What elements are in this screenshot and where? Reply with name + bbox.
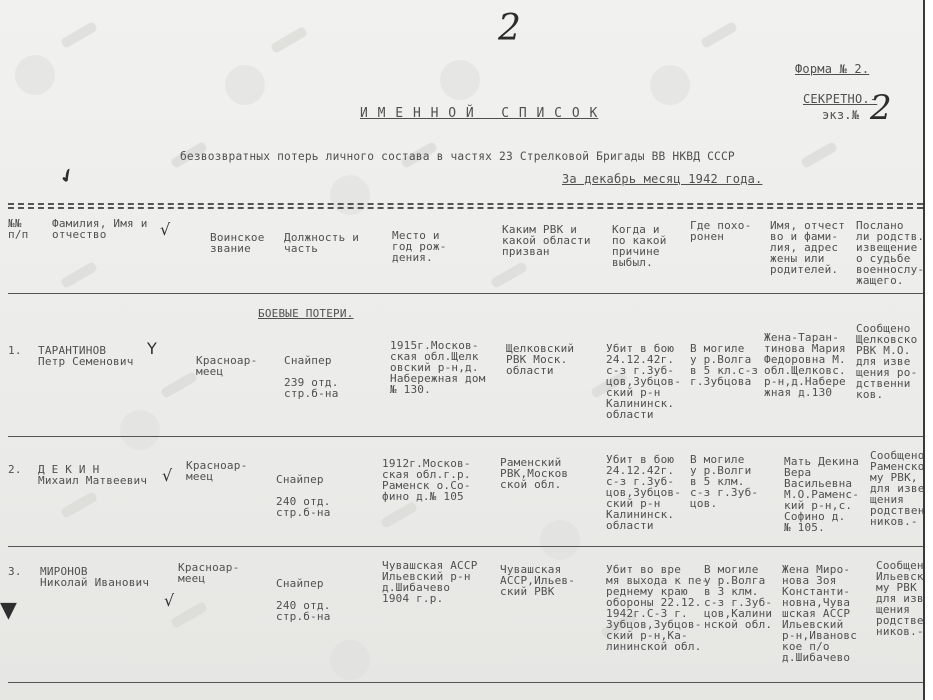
watermark: [160, 371, 198, 399]
column-header-buried: Где похо- ронен: [690, 220, 751, 242]
birth-info: Чувашская АССР Ильевский р-н д.Шибачево …: [382, 560, 478, 604]
watermark: [800, 141, 838, 169]
burial-place: В могиле у р.Волги в 5 клм. с-з г.Зуб- ц…: [690, 454, 758, 509]
column-header-relatives: Имя, отчест во и фами- лия, адрес жены и…: [770, 220, 845, 275]
divider: [8, 436, 923, 437]
watermark: [60, 491, 98, 519]
document-subtitle: безвозвратных потерь личного состава в ч…: [180, 151, 735, 162]
column-header-position: Должность и часть: [284, 232, 359, 254]
death-circumstances: Убит в бою 24.12.42г. с-з г.Зуб- цов,Зуб…: [606, 454, 681, 531]
watermark: [700, 21, 738, 49]
checkmark-icon: ✔: [56, 164, 80, 190]
column-header-notified: Послано ли родств. извещение о судьбе во…: [856, 220, 924, 286]
checkmark-icon: √: [162, 466, 172, 485]
watermark: [540, 520, 580, 560]
watermark: [440, 60, 480, 100]
conscription-rvk: Раменский РВК,Москов ской обл.: [500, 457, 568, 490]
soldier-rank: Красноар- меец: [196, 355, 257, 377]
checkmark-icon: √: [160, 220, 170, 239]
divider: [8, 682, 923, 683]
column-header-number: №№ п/п: [8, 218, 28, 240]
handwritten-copy-number: 2: [870, 88, 892, 128]
burial-place: В могиле у р.Волга в 3 клм. с-з г.Зуб- ц…: [704, 564, 772, 630]
page-edge: [923, 0, 933, 700]
soldier-position: Снайпер 239 отд. стр.б-на: [284, 355, 339, 399]
column-header-rank: Воинское звание: [210, 232, 265, 254]
watermark: [225, 65, 265, 105]
copy-label: экз.№: [822, 110, 859, 121]
watermark: [170, 601, 208, 629]
watermark: [650, 65, 690, 105]
relatives-info: Жена-Таран- тинова Мария Федоровна М. об…: [764, 332, 846, 398]
relatives-info: Мать Декина Вера Васильевна М.О.Раменс- …: [784, 456, 859, 533]
document-page: 2 Форма № 2. СЕКРЕТНО.- экз.№ 2 И М Е Н …: [0, 0, 925, 700]
handwritten-page-number: 2: [498, 8, 521, 49]
soldier-position: Снайпер 240 отд. стр.б-на: [276, 474, 331, 518]
soldier-name: МИРОНОВ Николай Иванович: [40, 566, 149, 588]
report-period: За декабрь месяц 1942 года.: [562, 174, 762, 185]
row-number: 3.: [8, 566, 22, 577]
row-number: 2.: [8, 464, 22, 475]
birth-info: 1915г.Москов- ская обл.Щелк овский р-н,д…: [390, 340, 486, 395]
soldier-name: Д Е К И Н Михаил Матвеевич: [38, 464, 147, 486]
column-header-when-why: Когда и по какой причине выбыл.: [612, 224, 667, 268]
divider: [8, 293, 923, 294]
row-number: 1.: [8, 345, 22, 356]
divider: [8, 546, 923, 547]
soldier-rank: Красноар- меец: [178, 562, 239, 584]
conscription-rvk: Чувашская АССР,Ильев- ский РВК: [500, 564, 575, 597]
watermark: [60, 21, 98, 49]
notification-status: Сообщено Раменско му РВК, для изве щения…: [870, 450, 925, 527]
document-title: И М Е Н Н О Й С П И С О К: [360, 108, 598, 119]
death-circumstances: Убит во вре мя выхода к пе- реднему краю…: [606, 564, 708, 652]
conscription-rvk: Щелковский РВК Моск. области: [506, 343, 574, 376]
watermark: [490, 261, 528, 289]
watermark: [15, 55, 55, 95]
relatives-info: Жена Миро- нова Зоя Константи- новна,Чув…: [782, 564, 857, 663]
checkmark-icon: Y: [147, 339, 157, 358]
column-header-rvk: Каким РВК и какой области призван: [502, 224, 591, 257]
form-number-label: Форма № 2.: [795, 64, 869, 75]
soldier-position: Снайпер 240 отд. стр.б-на: [276, 578, 331, 622]
watermark: [270, 26, 308, 54]
soldier-name: ТАРАНТИНОВ Петр Семенович: [38, 345, 134, 367]
birth-info: 1912г.Москов- ская обл.г.р. Раменск о.Со…: [382, 458, 471, 502]
secret-label: СЕКРЕТНО.-: [803, 94, 877, 105]
section-label: БОЕВЫЕ ПОТЕРИ.: [258, 308, 354, 319]
divider: [8, 207, 923, 209]
watermark: [330, 175, 370, 215]
watermark: [330, 640, 370, 680]
burial-place: В могиле у р.Волга в 5 кл.с-з г.Зубцова: [690, 343, 758, 387]
soldier-rank: Красноар- меец: [186, 460, 247, 482]
column-header-name: Фамилия, Имя и отчество: [52, 218, 148, 240]
checkmark-icon: √: [164, 591, 174, 610]
column-header-birthplace: Место и год рож- дения.: [392, 230, 447, 263]
watermark: [60, 261, 98, 289]
checkmark-icon: ▼: [0, 598, 17, 623]
death-circumstances: Убит в бою 24.12.42г. с-з г.Зуб- цов,Зуб…: [606, 343, 681, 420]
notification-status: Сообщено Щелковско РВК М.О. для изве щен…: [856, 323, 917, 400]
watermark: [120, 410, 160, 450]
watermark: [380, 501, 418, 529]
divider: [8, 203, 923, 205]
